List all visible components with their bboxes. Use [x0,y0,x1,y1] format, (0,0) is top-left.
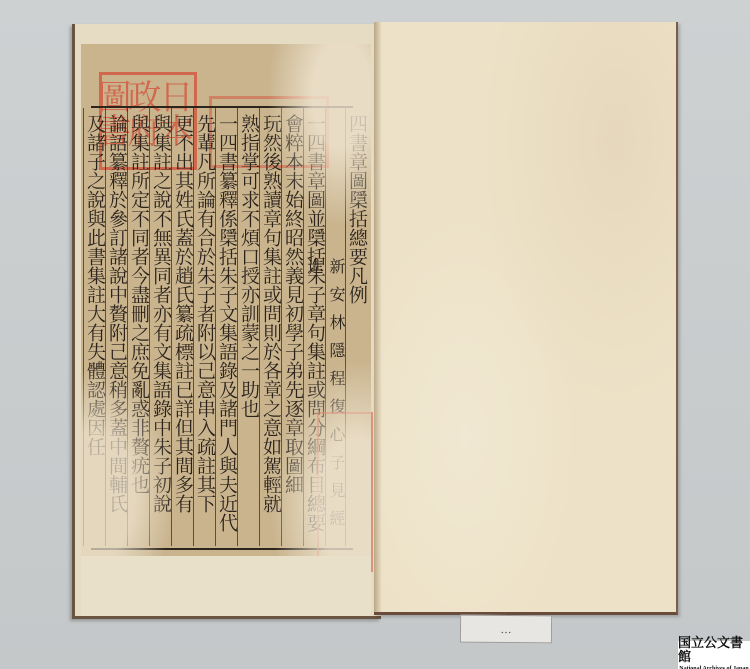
text-column: 玩然後熟讀章句集註或問則於各章之意如駕輕就 [259,108,281,546]
library-seal-lower [317,412,373,572]
text-column: 及諸子之說與此書集註大有失體認處因任 [83,108,105,546]
text-column: 先輩凡所論有合於朱子者附以己意串入疏註其下 [193,108,215,546]
left-page: 日本 政府 圖書 四書章圖檃括總要凡例 新安林隱程復心子見經進 一四書章圖並檃括… [72,24,381,619]
printed-page: 日本 政府 圖書 四書章圖檃括總要凡例 新安林隱程復心子見經進 一四書章圖並檃括… [81,44,371,556]
text-column: 與集註之說不無異同者亦有文集語錄中朱子初說 [149,108,171,546]
right-page-blank [374,22,678,615]
text-column: 一四書纂釋係檃括朱子文集語錄及諸門人與夫近代 [215,108,237,546]
text-column: 更不出其姓氏蓋於趙氏纂疏標註已詳但其間多有 [171,108,193,546]
watermark-english: National Archives of Japan [679,665,748,669]
text-column: 論語纂釋於參訂諸說中贅附己意稍多蓋中間輔氏 [105,108,127,546]
text-column: 會粹本末始終昭然義見初學子弟先逐章取圖細 [281,108,303,546]
text-column: 熟指掌可求不煩口授亦訓蒙之一助也 [237,108,259,546]
label-slip-text: … [500,622,511,635]
text-column: 與集註所定不同者今盡刪之庶免亂惑非贅疣也 [127,108,149,546]
watermark-japanese: 国立公文書館 [678,637,750,665]
page-bottom-margin [81,556,371,616]
watermark-logo: 国立公文書館 National Archives of Japan [678,641,750,669]
label-slip: … [460,615,552,644]
photo-background: 日本 政府 圖書 四書章圖檃括總要凡例 新安林隱程復心子見經進 一四書章圖並檃括… [0,0,750,669]
